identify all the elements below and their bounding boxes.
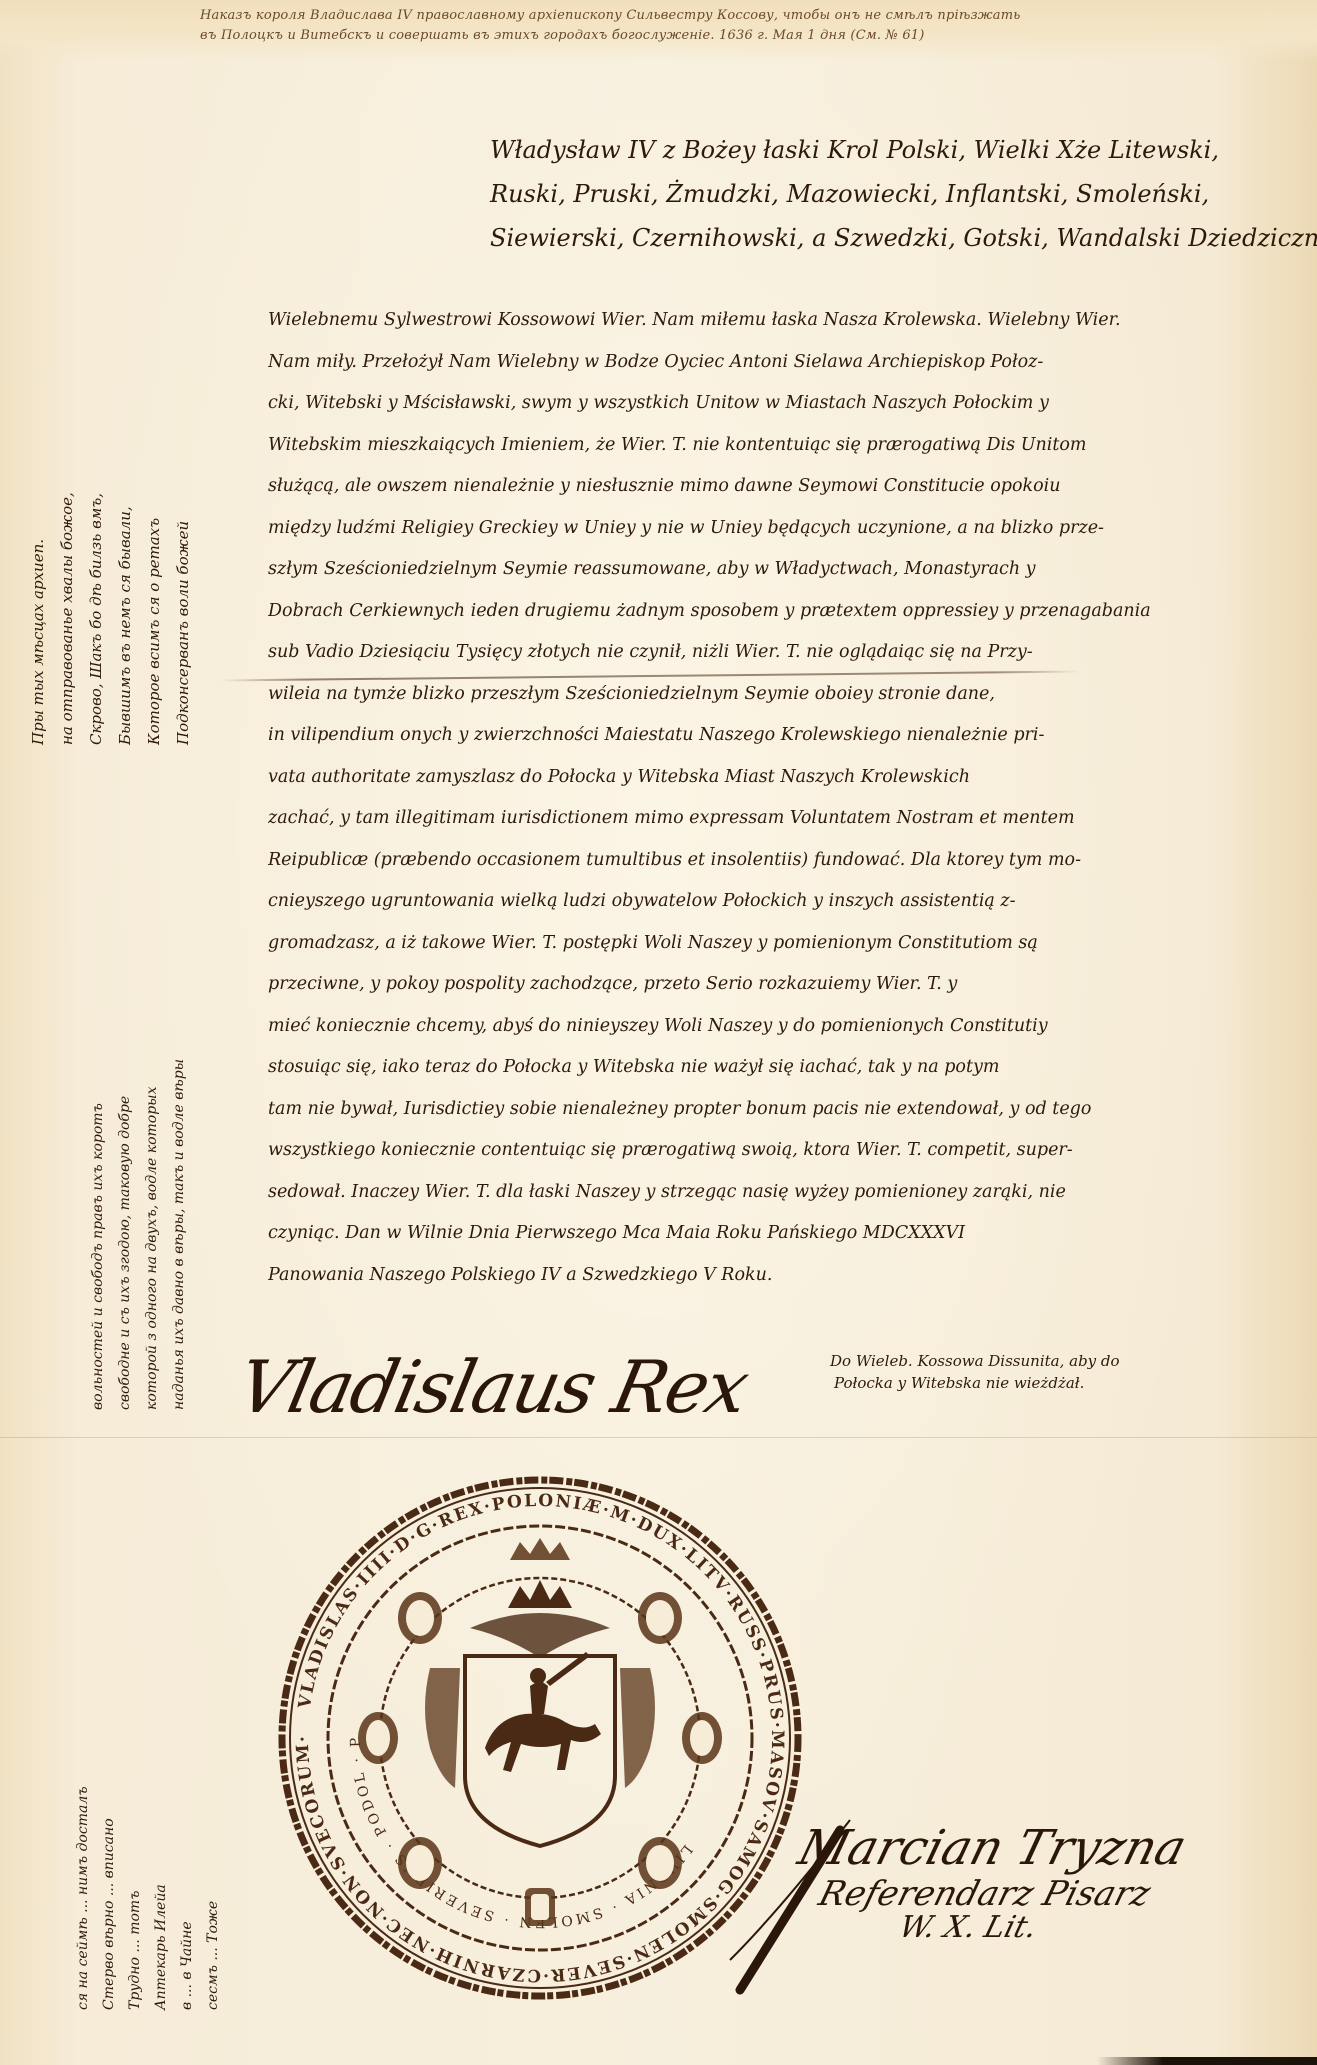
body-line: vata authoritate zamyszlasz do Połocka y… <box>268 757 1258 799</box>
margin-line: наданья ихъ давно в вѣры, такъ и водле в… <box>166 770 193 1410</box>
royal-title: Władysław IV z Bożey łaski Krol Polski, … <box>490 128 1210 260</box>
body-line: wszystkiego koniecznie contentuiąc się p… <box>268 1130 1258 1172</box>
body-line: sub Vadio Dziesiąciu Tysięcy złotych nie… <box>268 632 1258 674</box>
endorsement-line: Połocka y Witebska nie wieżdżał. <box>830 1372 1250 1394</box>
margin-line: на отправованье хвалы божое, <box>53 275 82 745</box>
body-line: cki, Witebski y Mścisławski, swym y wszy… <box>268 383 1258 425</box>
title-line: Władysław IV z Bożey łaski Krol Polski, … <box>490 128 1210 172</box>
body-line: sedował. Inaczey Wier. T. dla łaski Nasz… <box>268 1172 1258 1214</box>
manuscript-page: Наказъ короля Владислава IV православном… <box>0 0 1317 2065</box>
margin-line: сесмъ ... Тоже <box>200 1390 226 2010</box>
body-line: przeciwne, y pokoy pospolity zachodzące,… <box>268 964 1258 1006</box>
caption-line-1: Наказъ короля Владислава IV православном… <box>200 6 1160 26</box>
secretary-name: Marcian Tryzna <box>792 1820 1227 1876</box>
body-line: czyniąc. Dan w Wilnie Dnia Pierwszego Mc… <box>268 1213 1258 1255</box>
body-line: między ludźmi Religiey Greckiey w Uniey … <box>268 508 1258 550</box>
margin-line: Скрово, Шакъ бо дѣ билзь вмъ, <box>82 275 111 745</box>
margin-line: Которое всимъ ся о ретахъ <box>140 275 169 745</box>
body-line: stosuiąc się, iako teraz do Połocka y Wi… <box>268 1047 1258 1089</box>
secretary-office: Referendarz Pisarz <box>815 1874 1226 1914</box>
secretary-signature-block: Marcian Tryzna Referendarz Pisarz W. X. … <box>760 1820 1220 1945</box>
caption-line-2: въ Полоцкъ и Витебскъ и совершать въ эти… <box>200 26 1160 46</box>
body-line: szłym Sześcioniedzielnym Seymie reassumo… <box>268 549 1258 591</box>
body-line: Nam miły. Przełożył Nam Wielebny w Bodze… <box>268 342 1258 384</box>
archive-caption: Наказъ короля Владислава IV православном… <box>200 6 1160 46</box>
endorsement-line: Do Wieleb. Kossowa Dissunita, aby do <box>830 1350 1250 1372</box>
body-line: wileia na tymże blizko przeszłym Sześcio… <box>268 674 1258 716</box>
margin-line: в ... в Чайне <box>174 1390 200 2010</box>
body-line: cnieyszego ugruntowania wielką ludzi oby… <box>268 881 1258 923</box>
body-line: zachać, y tam illegitimam iurisdictionem… <box>268 798 1258 840</box>
margin-line: вольностей и свободъ правъ ихъ коротъ <box>85 770 112 1410</box>
secretary-note: W. X. Lit. <box>895 1910 1224 1945</box>
margin-note-middle: вольностей и свободъ правъ ихъ коротъ св… <box>85 770 193 1410</box>
decree-body: Wielebnemu Sylwestrowi Kossowowi Wier. N… <box>268 300 1258 1296</box>
margin-line: Стерво вѣрно ... вписано <box>96 1390 122 2010</box>
endorsement-note: Do Wieleb. Kossowa Dissunita, aby do Poł… <box>830 1350 1250 1394</box>
margin-line: ся на сеймѣ ... нимъ досталъ <box>70 1390 96 2010</box>
margin-line: свободне и съ ихъ згодою, таковую добре <box>112 770 139 1410</box>
body-line: in vilipendium onych y zwierzchności Mai… <box>268 715 1258 757</box>
title-line: Siewierski, Czernihowski, a Szwedzki, Go… <box>490 216 1210 260</box>
body-line: Witebskim mieszkaiących Imieniem, że Wie… <box>268 425 1258 467</box>
body-line: Wielebnemu Sylwestrowi Kossowowi Wier. N… <box>268 300 1258 342</box>
margin-line: которой з одного на двухъ, водле которых <box>139 770 166 1410</box>
margin-line: Подконсерванъ воли божей <box>169 275 198 745</box>
margin-note-lower: ся на сеймѣ ... нимъ досталъ Стерво вѣрн… <box>70 1390 226 2010</box>
margin-line: Бывшимъ въ немъ ся бывали, <box>111 275 140 745</box>
scan-edge-shadow <box>1097 2057 1317 2065</box>
body-line: Reipublicæ (præbendo occasionem tumultib… <box>268 840 1258 882</box>
margin-line: Пры тых мѣсцах аpхиеп. <box>24 275 53 745</box>
title-line: Ruski, Pruski, Żmudzki, Mazowiecki, Infl… <box>490 172 1210 216</box>
body-line: służącą, ale owszem nienależnie y niesłu… <box>268 466 1258 508</box>
margin-line: Трудно ... тотъ <box>122 1390 148 2010</box>
king-signature: Vladislaus Rex <box>231 1345 754 1429</box>
margin-note-top: Пры тых мѣсцах аpхиеп. на отправованье х… <box>24 275 198 745</box>
body-line: mieć koniecznie chcemy, abyś do ninieysz… <box>268 1006 1258 1048</box>
body-line: gromadzasz, a iż takowe Wier. T. postępk… <box>268 923 1258 965</box>
body-line: Dobrach Cerkiewnych ieden drugiemu żadny… <box>268 591 1258 633</box>
body-line: tam nie bywał, Iurisdictiey sobie nienal… <box>268 1089 1258 1131</box>
margin-line: Аптекарь Илейа <box>148 1390 174 2010</box>
body-line: Panowania Naszego Polskiego IV a Szwedzk… <box>268 1255 1258 1297</box>
